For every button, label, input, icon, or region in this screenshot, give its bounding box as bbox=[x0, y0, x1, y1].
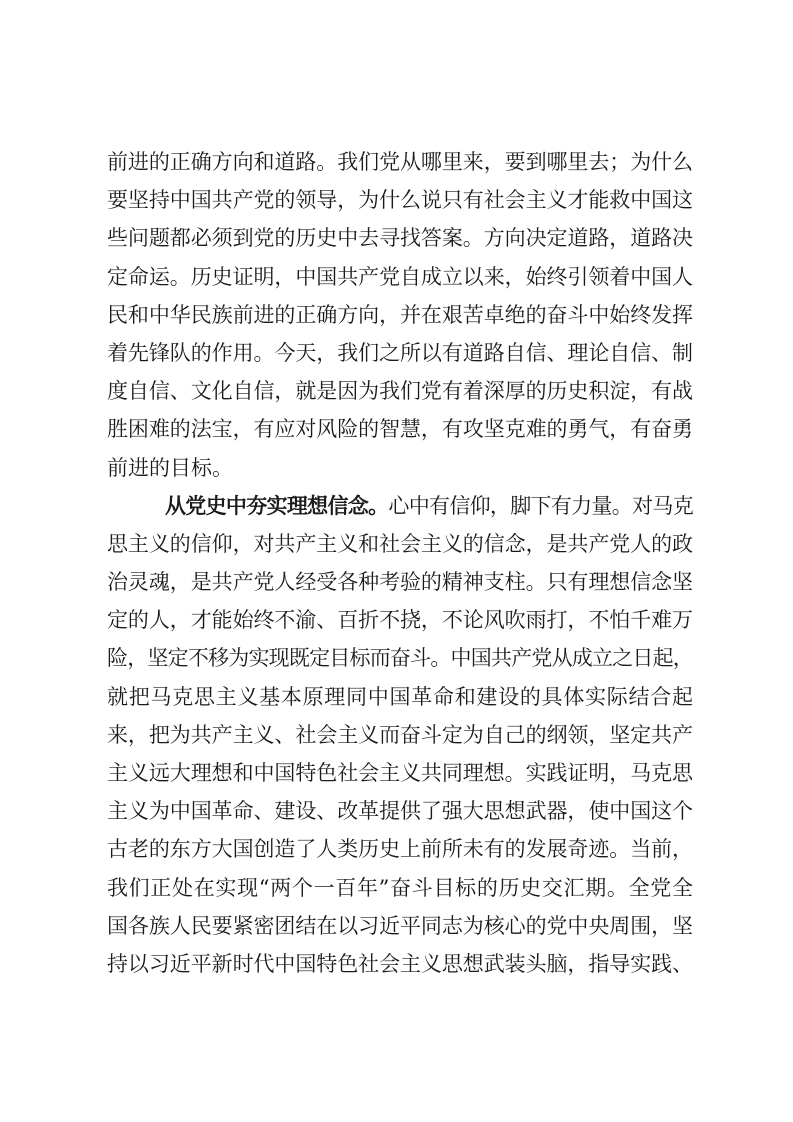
text-line: 国各族人民要紧密团结在以习近平同志为核心的党中央周围，坚 bbox=[107, 907, 693, 945]
text-line: 定命运。历史证明，中国共产党自成立以来，始终引领着中国人 bbox=[107, 258, 693, 296]
text-line: 前进的目标。 bbox=[107, 449, 693, 487]
section-heading: 从党史中夯实理想信念。 bbox=[165, 494, 388, 518]
document-page: 前进的正确方向和道路。我们党从哪里来，要到哪里去；为什么 要坚持中国共产党的领导… bbox=[107, 143, 693, 983]
text-line: 胜困难的法宝，有应对风险的智慧，有攻坚克难的勇气，有奋勇 bbox=[107, 410, 693, 448]
text-line: 定的人，才能始终不渝、百折不挠，不论风吹雨打，不怕千难万 bbox=[107, 601, 693, 639]
text-run: 心中有信仰，脚下有力量。对马克 bbox=[388, 494, 693, 518]
paragraph-section: 从党史中夯实理想信念。心中有信仰，脚下有力量。对马克 思主义的信仰，对共产主义和… bbox=[107, 487, 693, 983]
text-line: 着先锋队的作用。今天，我们之所以有道路自信、理论自信、制 bbox=[107, 334, 693, 372]
text-line: 些问题都必须到党的历史中去寻找答案。方向决定道路，道路决 bbox=[107, 219, 693, 257]
section-first-line: 从党史中夯实理想信念。心中有信仰，脚下有力量。对马克 bbox=[107, 487, 693, 525]
text-line: 前进的正确方向和道路。我们党从哪里来，要到哪里去；为什么 bbox=[107, 143, 693, 181]
text-line: 我们正处在实现“两个一百年”奋斗目标的历史交汇期。全党全 bbox=[107, 869, 693, 907]
text-line: 度自信、文化自信，就是因为我们党有着深厚的历史积淀，有战 bbox=[107, 372, 693, 410]
text-line: 主义为中国革命、建设、改革提供了强大思想武器，使中国这个 bbox=[107, 792, 693, 830]
text-line: 来，把为共产主义、社会主义而奋斗定为自己的纲领，坚定共产 bbox=[107, 716, 693, 754]
text-line: 治灵魂，是共产党人经受各种考验的精神支柱。只有理想信念坚 bbox=[107, 563, 693, 601]
text-line: 险，坚定不移为实现既定目标而奋斗。中国共产党从成立之日起， bbox=[107, 639, 693, 677]
text-line: 古老的东方大国创造了人类历史上前所未有的发展奇迹。当前， bbox=[107, 830, 693, 868]
text-line: 持以习近平新时代中国特色社会主义思想武装头脑，指导实践、 bbox=[107, 945, 693, 983]
text-line: 民和中华民族前进的正确方向，并在艰苦卓绝的奋斗中始终发挥 bbox=[107, 296, 693, 334]
text-line: 主义远大理想和中国特色社会主义共同理想。实践证明，马克思 bbox=[107, 754, 693, 792]
text-line: 就把马克思主义基本原理同中国革命和建设的具体实际结合起 bbox=[107, 678, 693, 716]
text-line: 要坚持中国共产党的领导，为什么说只有社会主义才能救中国这 bbox=[107, 181, 693, 219]
text-line: 思主义的信仰，对共产主义和社会主义的信念，是共产党人的政 bbox=[107, 525, 693, 563]
paragraph-continuation: 前进的正确方向和道路。我们党从哪里来，要到哪里去；为什么 要坚持中国共产党的领导… bbox=[107, 143, 693, 487]
